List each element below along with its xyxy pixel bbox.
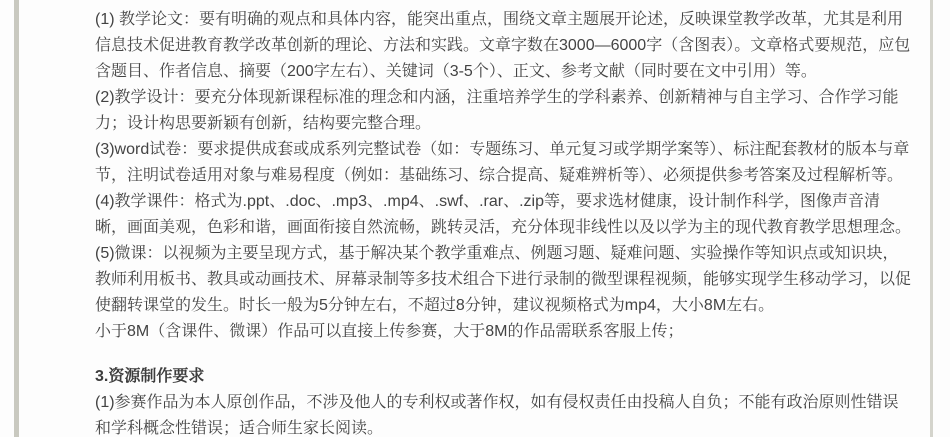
paragraph-word-exam: (3)word试卷：要求提供成套或成系列完整试卷（如：专题练习、单元复习或学期学… [95, 137, 911, 189]
page-viewport: 2.参赛作品类别及要求 (1) 教学论文：要有明确的观点和具体内容，能突出重点，… [0, 0, 950, 437]
article-content: 2.参赛作品类别及要求 (1) 教学论文：要有明确的观点和具体内容，能突出重点，… [95, 0, 911, 437]
content-right-border [930, 0, 933, 437]
paragraph-micro-lesson: (5)微课：以视频为主要呈现方式，基于解决某个教学重难点、例题习题、疑难问题、实… [95, 241, 911, 319]
clipped-section-heading: 2.参赛作品类别及要求 [95, 0, 911, 7]
content-left-border [14, 0, 19, 437]
paragraph-upload-note: 小于8M（含课件、微课）作品可以直接上传参赛，大于8M的作品需联系客服上传； [95, 319, 911, 345]
section-heading-resource-requirements: 3.资源制作要求 [95, 364, 911, 390]
paragraph-teaching-thesis: (1) 教学论文：要有明确的观点和具体内容，能突出重点，围绕文章主题展开论述，反… [95, 7, 911, 85]
paragraph-teaching-design: (2)教学设计：要充分体现新课程标准的理念和内涵，注重培养学生的学科素养、创新精… [95, 85, 911, 137]
paragraph-courseware: (4)教学课件：格式为.ppt、.doc、.mp3、.mp4、.swf、.rar… [95, 189, 911, 241]
paragraph-originality: (1)参赛作品为本人原创作品，不涉及他人的专利权或著作权，如有侵权责任由投稿人自… [95, 390, 911, 437]
